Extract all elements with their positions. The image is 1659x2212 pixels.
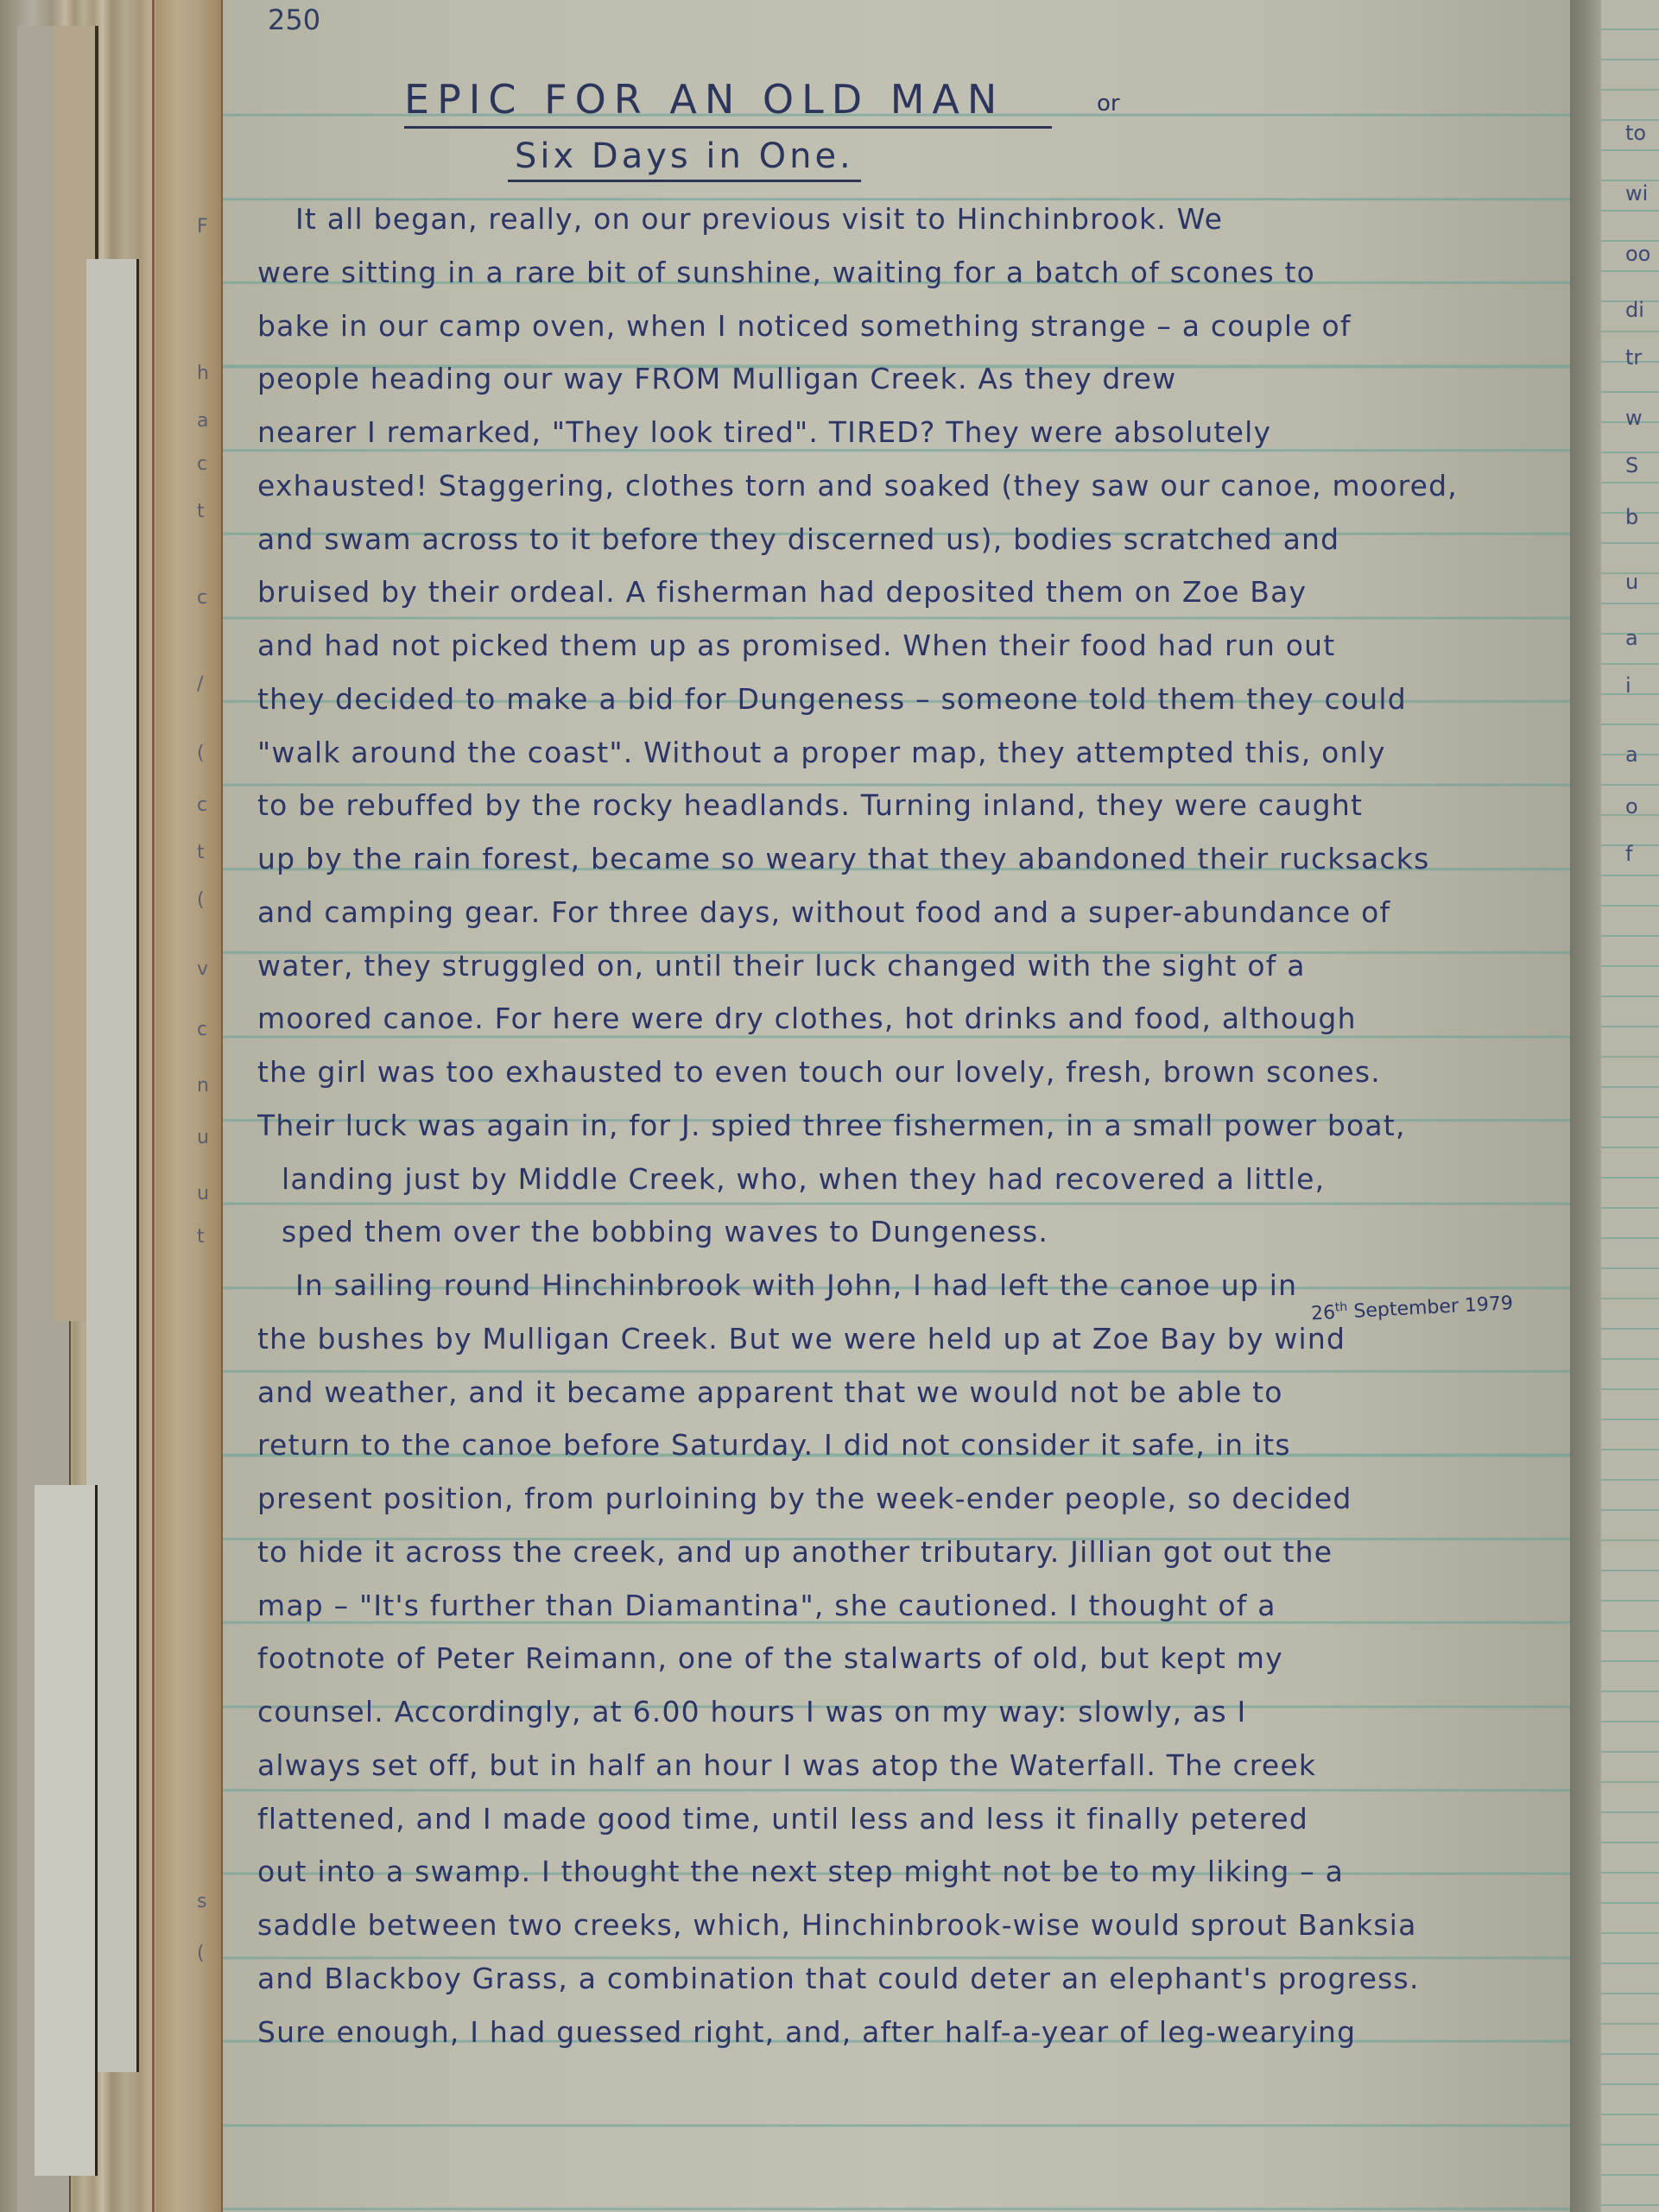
next-page-fragment: di — [1625, 298, 1644, 322]
margin-fragment: u — [197, 1127, 209, 1148]
page-title: EPIC FOR AN OLD MAN — [404, 76, 1052, 129]
text-line: saddle between two creeks, which, Hinchi… — [257, 1903, 1553, 1948]
text-line: exhausted! Staggering, clothes torn and … — [257, 464, 1553, 509]
text-line: nearer I remarked, "They look tired". TI… — [257, 410, 1553, 455]
margin-fragment: / — [197, 673, 203, 695]
text-line: and swam across to it before they discer… — [257, 517, 1553, 562]
text-line: landing just by Middle Creek, who, when … — [257, 1157, 1577, 1202]
text-line: counsel. Accordingly, at 6.00 hours I wa… — [257, 1690, 1553, 1735]
margin-fragment: F — [197, 216, 208, 237]
text-line: and had not picked them up as promised. … — [257, 623, 1553, 668]
text-line: It all began, really, on our previous vi… — [257, 197, 1591, 242]
next-page-fragment: oo — [1625, 242, 1650, 266]
text-line: "walk around the coast". Without a prope… — [257, 730, 1553, 775]
text-line: and camping gear. For three days, withou… — [257, 890, 1553, 935]
margin-fragment: t — [197, 501, 205, 522]
next-page-fragment: i — [1625, 673, 1631, 698]
notebook-page: 250 EPIC FOR AN OLD MAN or Six Days in O… — [223, 0, 1570, 2212]
date-day: 26 — [1311, 1302, 1336, 1324]
next-page-edge — [1601, 0, 1659, 2212]
next-page-fragment: b — [1625, 505, 1638, 529]
text-line: were sitting in a rare bit of sunshine, … — [257, 250, 1553, 295]
date-suffix: th — [1334, 1300, 1347, 1315]
next-page-fragment: f — [1625, 842, 1632, 866]
next-page-fragment: a — [1625, 626, 1638, 650]
margin-fragment: c — [197, 453, 207, 475]
next-page-fragment: w — [1625, 406, 1643, 430]
text-line: up by the rain forest, became so weary t… — [257, 837, 1553, 882]
margin-fragment: c — [197, 587, 207, 609]
next-page-fragment: tr — [1625, 345, 1642, 370]
text-line: out into a swamp. I thought the next ste… — [257, 1849, 1553, 1894]
margin-fragment: ( — [197, 1943, 205, 1964]
text-line: and Blackboy Grass, a combination that c… — [257, 1956, 1553, 2001]
text-line: they decided to make a bid for Dungeness… — [257, 677, 1553, 722]
page-subtitle: Six Days in One. — [508, 136, 861, 182]
margin-fragment: c — [197, 794, 207, 816]
text-line: to be rebuffed by the rocky headlands. T… — [257, 783, 1553, 828]
text-line: water, they struggled on, until their lu… — [257, 944, 1553, 989]
page-gutter-shadow — [1570, 0, 1601, 2212]
next-page-fragment: a — [1625, 743, 1638, 767]
text-line: map – "It's further than Diamantina", sh… — [257, 1583, 1553, 1628]
title-connector: or — [1097, 91, 1120, 117]
text-line: bake in our camp oven, when I noticed so… — [257, 304, 1553, 349]
next-page-fragment: S — [1625, 453, 1638, 477]
next-page-fragment: wi — [1625, 181, 1648, 205]
next-page-fragment: u — [1625, 570, 1638, 594]
text-line: present position, from purloining by the… — [257, 1476, 1553, 1521]
margin-fragment: ( — [197, 743, 205, 764]
margin-fragment: c — [197, 1019, 207, 1040]
text-line: Their luck was again in, for J. spied th… — [257, 1103, 1553, 1148]
text-line: return to the canoe before Saturday. I d… — [257, 1423, 1553, 1468]
margin-fragment: a — [197, 410, 208, 432]
text-line: to hide it across the creek, and up anot… — [257, 1530, 1553, 1575]
text-line: and weather, and it became apparent that… — [257, 1370, 1553, 1415]
margin-fragment: t — [197, 842, 205, 863]
text-line: sped them over the bobbing waves to Dung… — [257, 1210, 1577, 1255]
text-line: the bushes by Mulligan Creek. But we wer… — [257, 1317, 1553, 1362]
text-line: bruised by their ordeal. A fisherman had… — [257, 570, 1553, 615]
margin-fragment: u — [197, 1183, 209, 1204]
margin-fragment: v — [197, 958, 208, 980]
text-line: people heading our way FROM Mulligan Cre… — [257, 357, 1553, 401]
previous-page-margin — [155, 0, 223, 2212]
margin-fragment: s — [197, 1891, 206, 1912]
margin-fragment: n — [197, 1075, 209, 1097]
margin-fragment: t — [197, 1226, 205, 1248]
next-page-fragment: to — [1625, 121, 1646, 145]
text-line: always set off, but in half an hour I wa… — [257, 1743, 1553, 1788]
text-line: footnote of Peter Reimann, one of the st… — [257, 1636, 1553, 1681]
margin-fragment: h — [197, 363, 209, 384]
page-edge-line — [152, 0, 155, 2212]
text-line: moored canoe. For here were dry clothes,… — [257, 996, 1553, 1041]
margin-fragment: ( — [197, 889, 205, 911]
text-line: the girl was too exhausted to even touch… — [257, 1050, 1553, 1095]
torn-page-edge — [35, 1485, 98, 2176]
page-number: 250 — [268, 3, 320, 36]
next-page-fragment: o — [1625, 794, 1638, 818]
text-line: Sure enough, I had guessed right, and, a… — [257, 2010, 1553, 2055]
text-line: flattened, and I made good time, until l… — [257, 1797, 1553, 1842]
